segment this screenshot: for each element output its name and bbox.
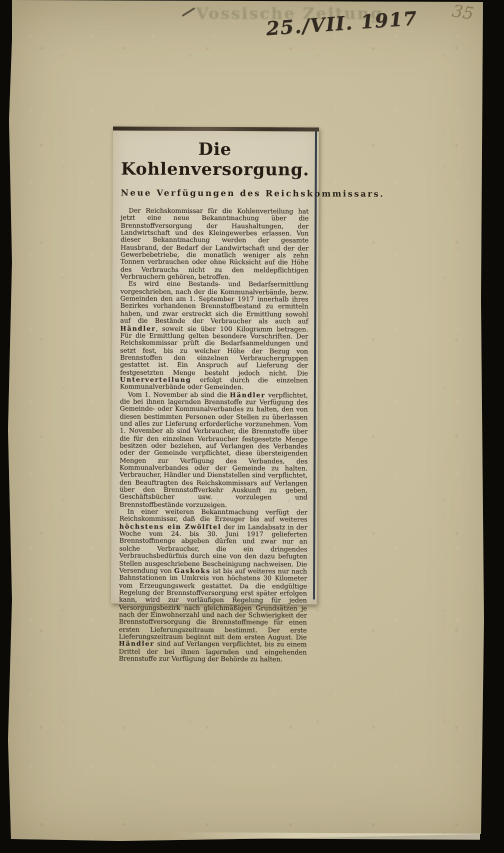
article-paragraph-1: Der Reichskommissar für die Kohlenvertei… [120, 208, 308, 282]
article-paragraph-2: Es wird eine Bestands- und Bedarfsermitt… [120, 281, 308, 392]
article-paragraph-3: Vom 1. November ab sind die Händler verp… [119, 391, 308, 509]
column-rule [313, 131, 317, 599]
article-title: Die Kohlenversorgung. [121, 140, 309, 181]
clipping-top-edge [113, 127, 319, 132]
article-paragraph-4: In einer weiteren Bekanntmachung verfügt… [119, 509, 308, 664]
handwritten-page-number: 35 [451, 1, 476, 24]
article-subtitle: Neue Verfügungen des Reichskommissars. [121, 189, 309, 200]
pen-mark [182, 7, 196, 17]
newspaper-clipping: Die Kohlenversorgung. Neue Verfügungen d… [111, 127, 319, 605]
backing-paper: Vossische Zeitung 25./VII. 1917 35 Die K… [0, 0, 504, 853]
article-body: Der Reichskommissar für die Kohlenvertei… [119, 208, 309, 664]
